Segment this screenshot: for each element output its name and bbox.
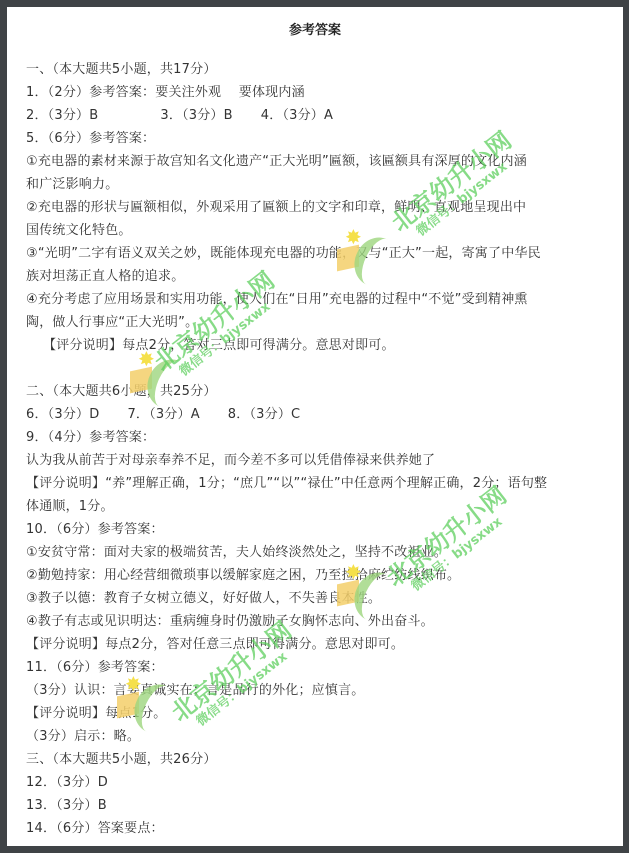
page-title: 参考答案 xyxy=(7,22,623,40)
text-line: （3分）认识：言要真诚实在；言是品行的外化；应慎言。 xyxy=(26,679,616,702)
text-line: 12．（3分）D xyxy=(26,771,616,794)
answer-item: 8．（3分）C xyxy=(228,403,301,426)
text-line: ③“光明”二字有语义双关之妙，既能体现充电器的功能，又与“正大”一起，寄寓了中华… xyxy=(26,242,616,265)
text-line: 三、（本大题共5小题，共26分） xyxy=(26,748,616,771)
text-line: 5．（6分）参考答案： xyxy=(26,127,616,150)
answer-item: 3．（3分）B xyxy=(160,104,232,127)
text-line: 【评分说明】每点1分。 xyxy=(26,702,616,725)
document-page: 参考答案 一、（本大题共5小题，共17分）1．（2分）参考答案：要关注外观 要体… xyxy=(7,7,623,846)
answer-row: 2．（3分）B3．（3分）B4．（3分）A xyxy=(26,104,616,127)
text-line: 【评分说明】每点2分，答对三点即可得满分。意思对即可。 xyxy=(26,334,616,357)
text-line: 【评分说明】“养”理解正确，1分；“庶几”“以”“禄仕”中任意两个理解正确，2分… xyxy=(26,472,616,495)
text-line: 一、（本大题共5小题，共17分） xyxy=(26,58,616,81)
text-line: 10．（6分）参考答案： xyxy=(26,518,616,541)
answer-row: 6．（3分）D7．（3分）A8．（3分）C xyxy=(26,403,616,426)
text-line: 国传统文化特色。 xyxy=(26,219,616,242)
answer-item: 6．（3分）D xyxy=(26,403,99,426)
text-line: ①安贫守常：面对夫家的极端贫苦，夫人始终淡然处之，坚持不改祖业。 xyxy=(26,541,616,564)
text-line: ②充电器的形状与匾额相似，外观采用了匾额上的文字和印章，鲜明、直观地呈现出中 xyxy=(26,196,616,219)
text-line: 【评分说明】每点2分，答对任意三点即可得满分。意思对即可。 xyxy=(26,633,616,656)
answer-item: 7．（3分）A xyxy=(127,403,199,426)
text-line: ②勤勉持家：用心经营细微琐事以缓解家庭之困，乃至捡拾麻纻纺线织布。 xyxy=(26,564,616,587)
text-line: ④教子有志或见识明达：重病缠身时仍激励子女胸怀志向、外出奋斗。 xyxy=(26,610,616,633)
text-line: 13．（3分）B xyxy=(26,794,616,817)
text-line: ④充分考虑了应用场景和实用功能，使人们在“日用”充电器的过程中“不觉”受到精神熏 xyxy=(26,288,616,311)
text-line: （3分）启示：略。 xyxy=(26,725,616,748)
text-line: ③教子以德：教育子女树立德义，好好做人，不失善良本性。 xyxy=(26,587,616,610)
text-line: 9．（4分）参考答案： xyxy=(26,426,616,449)
text-line: 二、（本大题共6小题，共25分） xyxy=(26,380,616,403)
text-line: ①充电器的素材来源于故宫知名文化遗产“正大光明”匾额，该匾额具有深厚的文化内涵 xyxy=(26,150,616,173)
text-line: 14．（6分）答案要点： xyxy=(26,817,616,840)
text-line: 陶，做人行事应“正大光明”。 xyxy=(26,311,616,334)
text-line: 11．（6分）参考答案： xyxy=(26,656,616,679)
text-line: 体通顺，1分。 xyxy=(26,495,616,518)
answer-item: 4．（3分）A xyxy=(261,104,333,127)
text-line: 族对坦荡正直人格的追求。 xyxy=(26,265,616,288)
blank-line xyxy=(26,357,616,380)
answer-content: 一、（本大题共5小题，共17分）1．（2分）参考答案：要关注外观 要体现内涵2．… xyxy=(26,58,616,840)
text-line: 和广泛影响力。 xyxy=(26,173,616,196)
text-line: 认为我从前苦于对母亲奉养不足，而今差不多可以凭借俸禄来供养她了 xyxy=(26,449,616,472)
text-line: 1．（2分）参考答案：要关注外观 要体现内涵 xyxy=(26,81,616,104)
answer-item: 2．（3分）B xyxy=(26,104,98,127)
